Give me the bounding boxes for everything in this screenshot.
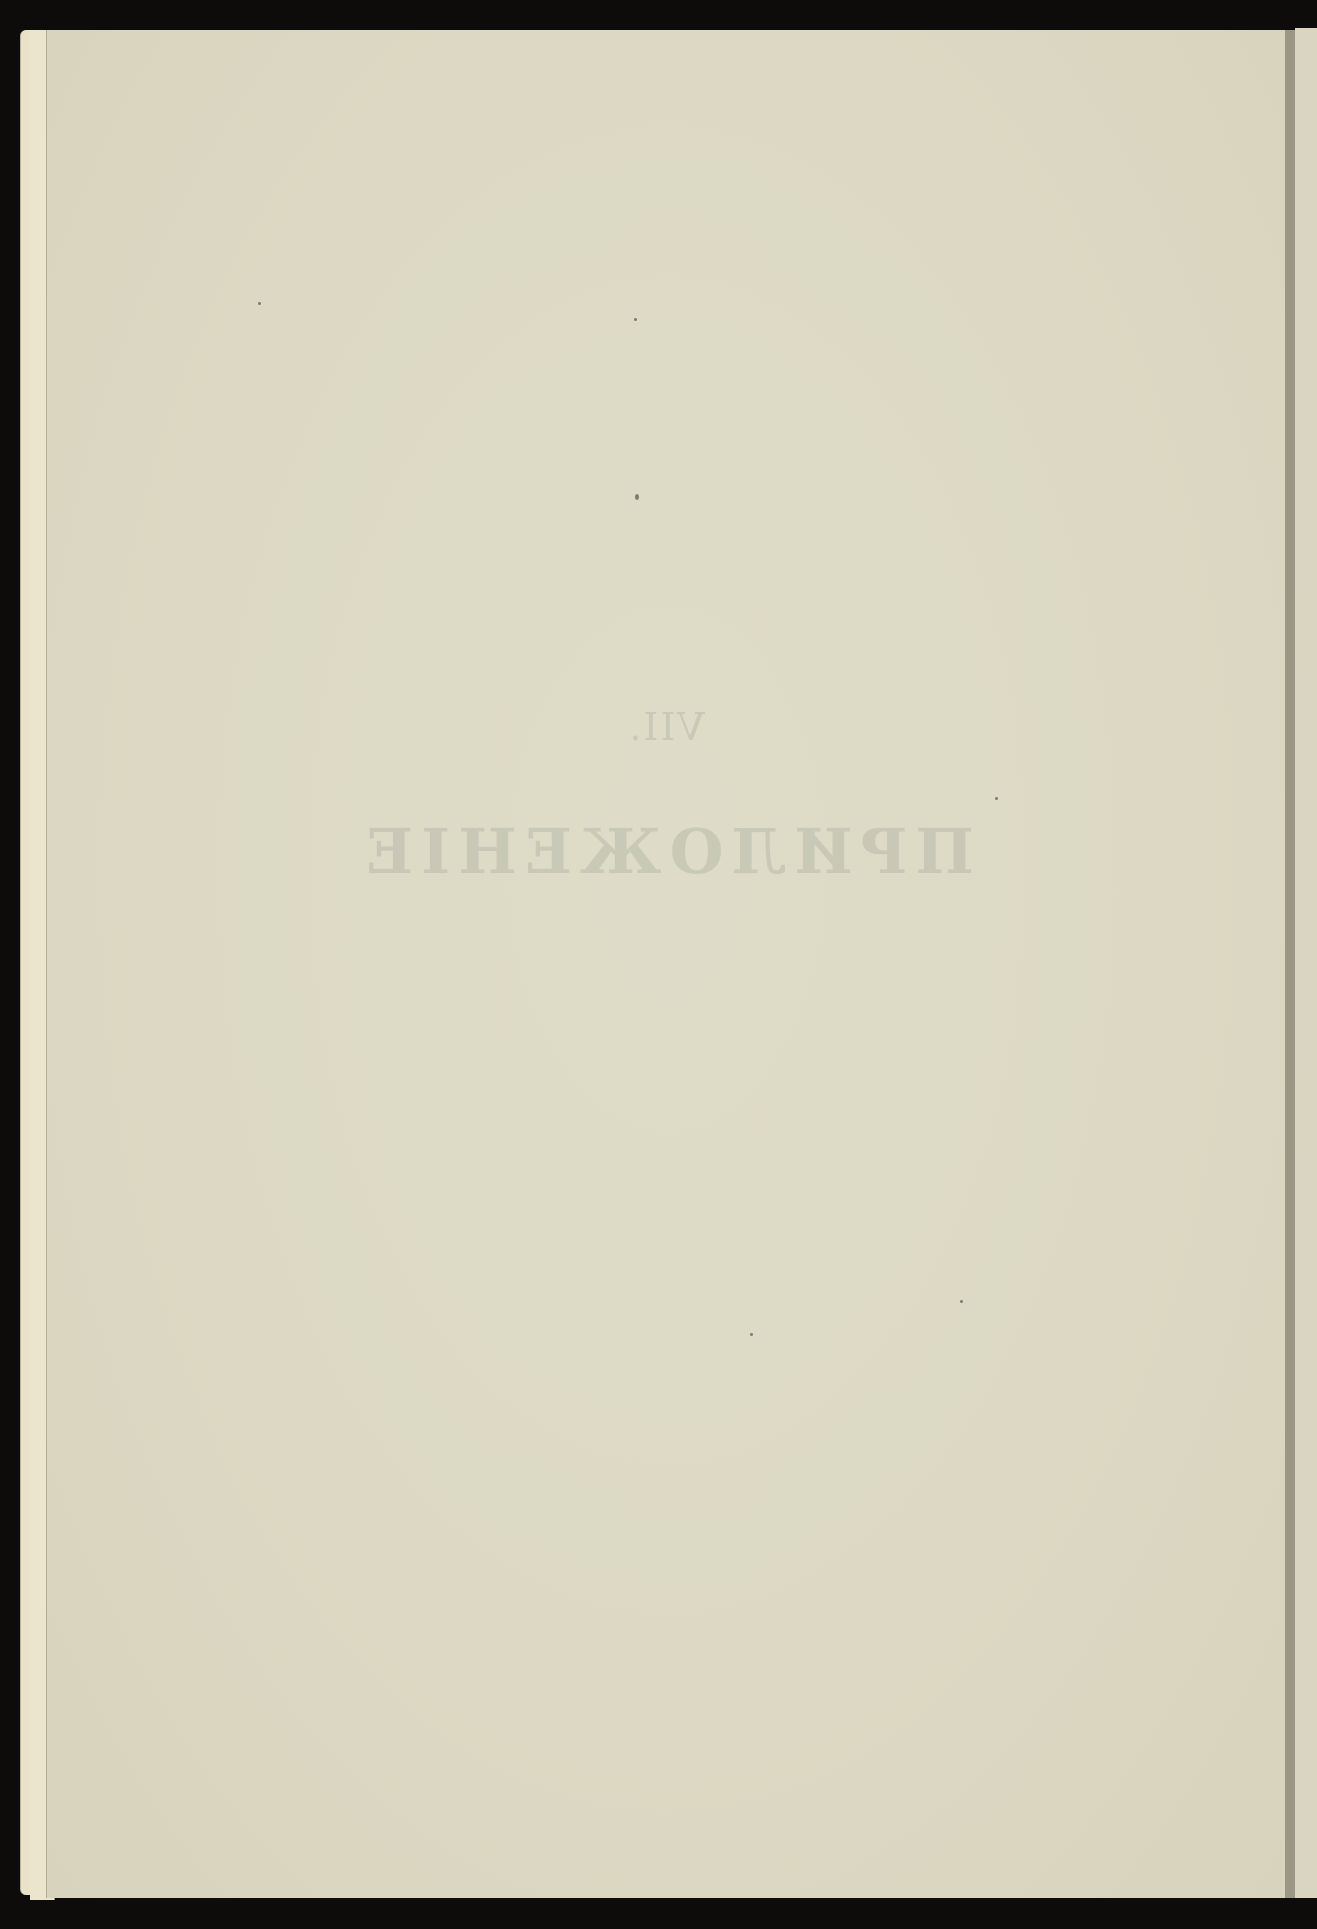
show-through-title: ПРИЛОЖЕНІЕ: [46, 815, 1286, 888]
paper-speck: [750, 1333, 753, 1336]
blank-page: [46, 30, 1287, 1898]
paper-speck: [258, 302, 261, 305]
paper-speck: [634, 318, 637, 321]
show-through-section-number: VII.: [46, 705, 1286, 749]
paper-speck: [995, 797, 998, 800]
paper-speck: [635, 494, 639, 500]
binding-gutter: [1285, 30, 1295, 1898]
facing-page-edge: [1295, 28, 1317, 1898]
paper-speck: [960, 1300, 963, 1303]
